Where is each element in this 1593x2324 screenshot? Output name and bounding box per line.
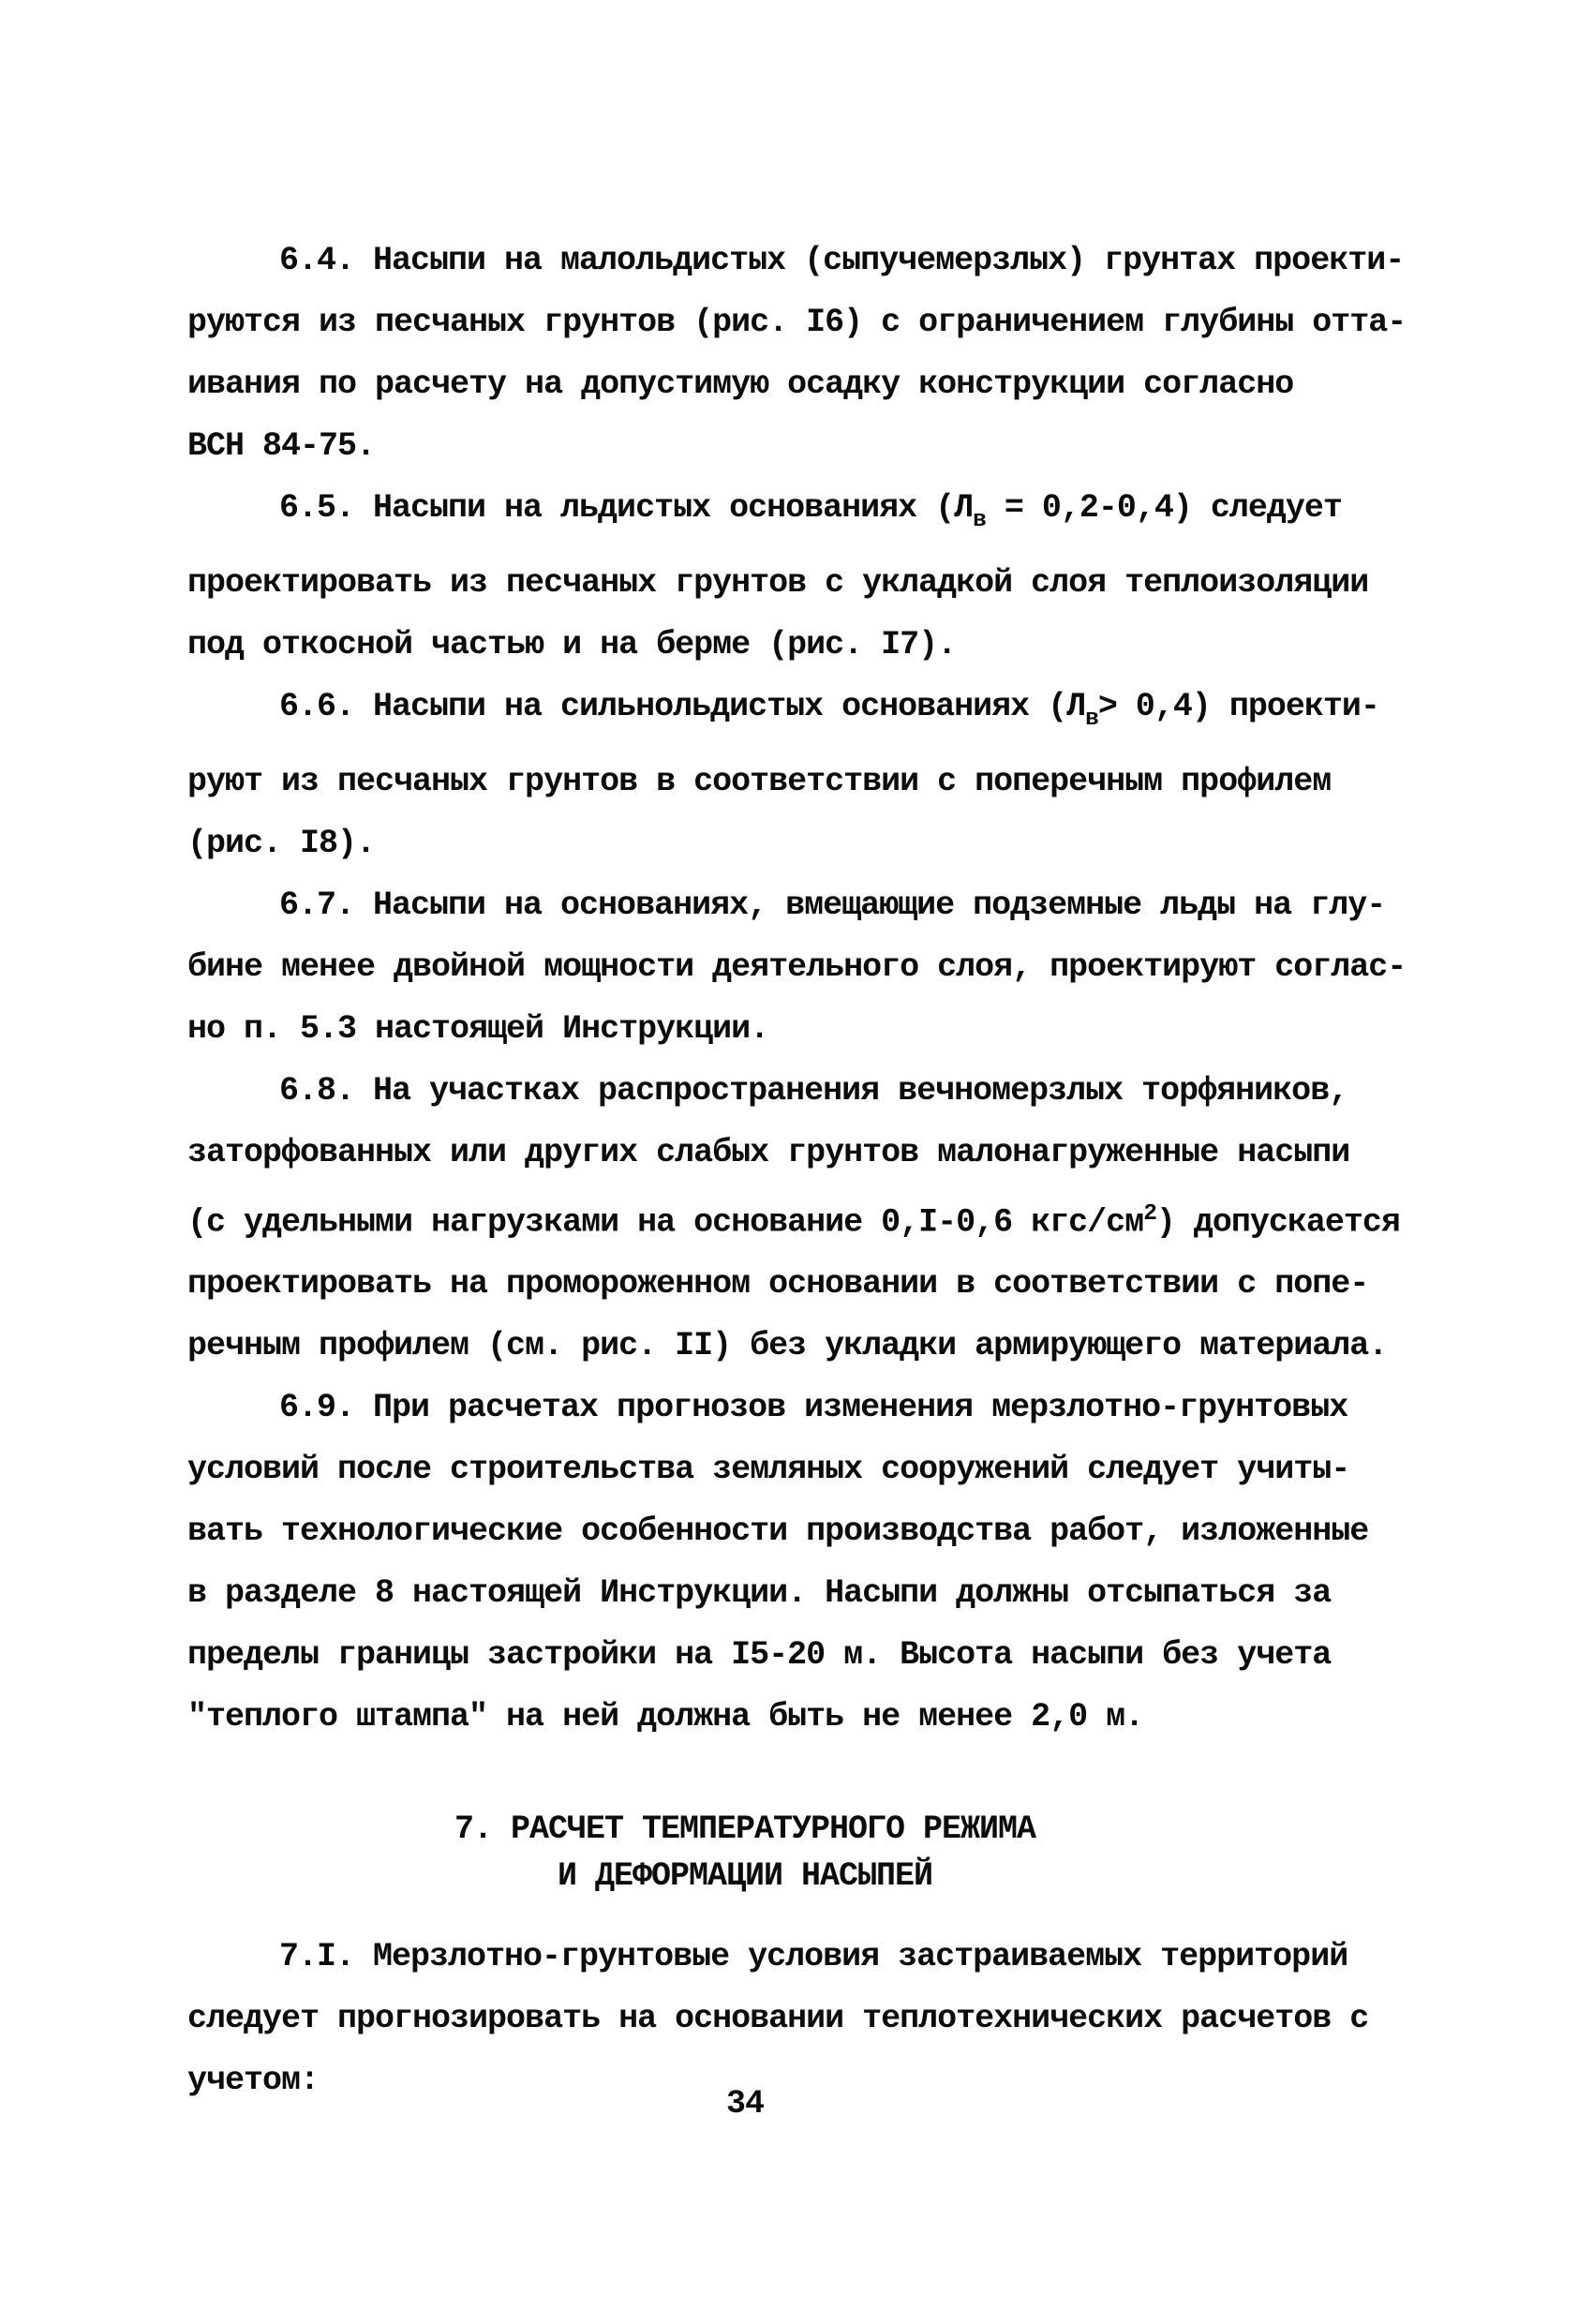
text-segment: "теплого штампа" на ней должна быть не м… xyxy=(187,1698,1143,1736)
text-line: в разделе 8 настоящей Инструкции. Насыпи… xyxy=(187,1562,1424,1624)
text-segment: под откосной частью и на берме (рис. I7)… xyxy=(187,626,956,663)
text-line: под откосной частью и на берме (рис. I7)… xyxy=(187,614,1424,676)
text-line: пределы границы застройки на I5-20 м. Вы… xyxy=(187,1624,1424,1686)
text-line: 6.6. Насыпи на сильнольдистых основаниях… xyxy=(187,676,1424,751)
text-segment: вать технологические особенности произво… xyxy=(187,1512,1368,1550)
heading-line: 7. РАСЧЕТ ТЕМПЕРАТУРНОГО РЕЖИМА xyxy=(187,1806,1303,1853)
text-segment: 6.4. Насыпи на малольдистых (сыпучемерзл… xyxy=(279,242,1404,279)
text-line: но п. 5.3 настоящей Инструкции. xyxy=(187,998,1424,1060)
text-segment: 6.7. Насыпи на основаниях, вмещающие под… xyxy=(279,886,1385,924)
text-segment: = 0,2-0,4) следует xyxy=(986,489,1342,527)
heading-line: И ДЕФОРМАЦИИ НАСЫПЕЙ xyxy=(187,1853,1303,1899)
paragraph-6-6: 6.6. Насыпи на сильнольдистых основаниях… xyxy=(187,676,1424,874)
text-segment: ивания по расчету на допустимую осадку к… xyxy=(187,365,1293,403)
text-segment: 6.6. Насыпи на сильнольдистых основаниях… xyxy=(279,688,1085,725)
document-page: 6.4. Насыпи на малольдистых (сыпучемерзл… xyxy=(0,0,1593,2324)
document-content: 6.4. Насыпи на малольдистых (сыпучемерзл… xyxy=(0,0,1593,2111)
text-line: речным профилем (см. рис. II) без укладк… xyxy=(187,1315,1424,1377)
text-line: 6.4. Насыпи на малольдистых (сыпучемерзл… xyxy=(187,230,1424,291)
text-line: бине менее двойной мощности деятельного … xyxy=(187,936,1424,998)
text-line: 6.5. Насыпи на льдистых основаниях (Лв =… xyxy=(187,477,1424,552)
text-segment: заторфованных или других слабых грунтов … xyxy=(187,1134,1349,1171)
text-line: проектировать на промороженном основании… xyxy=(187,1253,1424,1315)
text-line: 6.9. При расчетах прогнозов изменения ме… xyxy=(187,1377,1424,1438)
text-segment: в разделе 8 настоящей Инструкции. Насыпи… xyxy=(187,1574,1331,1612)
text-segment: но п. 5.3 настоящей Инструкции. xyxy=(187,1010,768,1048)
sup-text: 2 xyxy=(1143,1201,1156,1227)
text-line: заторфованных или других слабых грунтов … xyxy=(187,1122,1424,1184)
text-segment: ) допускается xyxy=(1156,1203,1400,1241)
paragraph-6-5: 6.5. Насыпи на льдистых основаниях (Лв =… xyxy=(187,477,1424,676)
text-line: условий после строительства земляных соо… xyxy=(187,1438,1424,1500)
text-segment: речным профилем (см. рис. II) без укладк… xyxy=(187,1327,1387,1364)
text-segment: ВСН 84-75. xyxy=(187,427,375,465)
text-segment: пределы границы застройки на I5-20 м. Вы… xyxy=(187,1636,1331,1674)
text-segment: условий после строительства земляных соо… xyxy=(187,1451,1349,1488)
text-line: руют из песчаных грунтов в соответствии … xyxy=(187,751,1424,812)
text-line: ивания по расчету на допустимую осадку к… xyxy=(187,353,1424,415)
text-line: (с удельными нагрузками на основание 0,I… xyxy=(187,1184,1424,1253)
text-line: руются из песчаных грунтов (рис. I6) с о… xyxy=(187,291,1424,353)
text-segment: руются из песчаных грунтов (рис. I6) с о… xyxy=(187,304,1406,341)
text-line: проектировать из песчаных грунтов с укла… xyxy=(187,552,1424,614)
section-7-heading: 7. РАСЧЕТ ТЕМПЕРАТУРНОГО РЕЖИМАИ ДЕФОРМА… xyxy=(187,1806,1303,1899)
text-segment: проектировать на промороженном основании… xyxy=(187,1265,1368,1303)
text-line: следует прогнозировать на основании тепл… xyxy=(187,1988,1424,2049)
text-line: вать технологические особенности произво… xyxy=(187,1500,1424,1562)
text-segment: (с удельными нагрузками на основание 0,I… xyxy=(187,1203,1143,1241)
text-segment: бине менее двойной мощности деятельного … xyxy=(187,948,1406,986)
paragraph-6-9: 6.9. При расчетах прогнозов изменения ме… xyxy=(187,1377,1424,1748)
sub-text: в xyxy=(973,508,986,533)
paragraph-6-7: 6.7. Насыпи на основаниях, вмещающие под… xyxy=(187,874,1424,1060)
text-line: ВСН 84-75. xyxy=(187,415,1424,477)
text-line: 6.7. Насыпи на основаниях, вмещающие под… xyxy=(187,874,1424,936)
text-segment: руют из песчаных грунтов в соответствии … xyxy=(187,763,1331,800)
text-line: "теплого штампа" на ней должна быть не м… xyxy=(187,1686,1424,1748)
text-segment: > 0,4) проекти- xyxy=(1098,688,1379,725)
text-line: 7.I. Мерзлотно-грунтовые условия застраи… xyxy=(187,1926,1424,1988)
text-segment: проектировать из песчаных грунтов с укла… xyxy=(187,564,1368,602)
sub-text: в xyxy=(1085,707,1098,732)
paragraph-6-8: 6.8. На участках распространения вечноме… xyxy=(187,1060,1424,1377)
text-line: (рис. I8). xyxy=(187,812,1424,874)
page-number: 34 xyxy=(187,2082,1303,2125)
text-segment: 6.8. На участках распространения вечноме… xyxy=(279,1072,1347,1110)
text-segment: 7.I. Мерзлотно-грунтовые условия застраи… xyxy=(279,1938,1347,1975)
text-segment: 6.5. Насыпи на льдистых основаниях (Л xyxy=(279,489,973,527)
paragraph-6-4: 6.4. Насыпи на малольдистых (сыпучемерзл… xyxy=(187,230,1424,477)
text-segment: 6.9. При расчетах прогнозов изменения ме… xyxy=(279,1389,1347,1426)
text-segment: следует прогнозировать на основании тепл… xyxy=(187,2000,1368,2037)
text-segment: (рис. I8). xyxy=(187,825,375,862)
text-line: 6.8. На участках распространения вечноме… xyxy=(187,1060,1424,1122)
